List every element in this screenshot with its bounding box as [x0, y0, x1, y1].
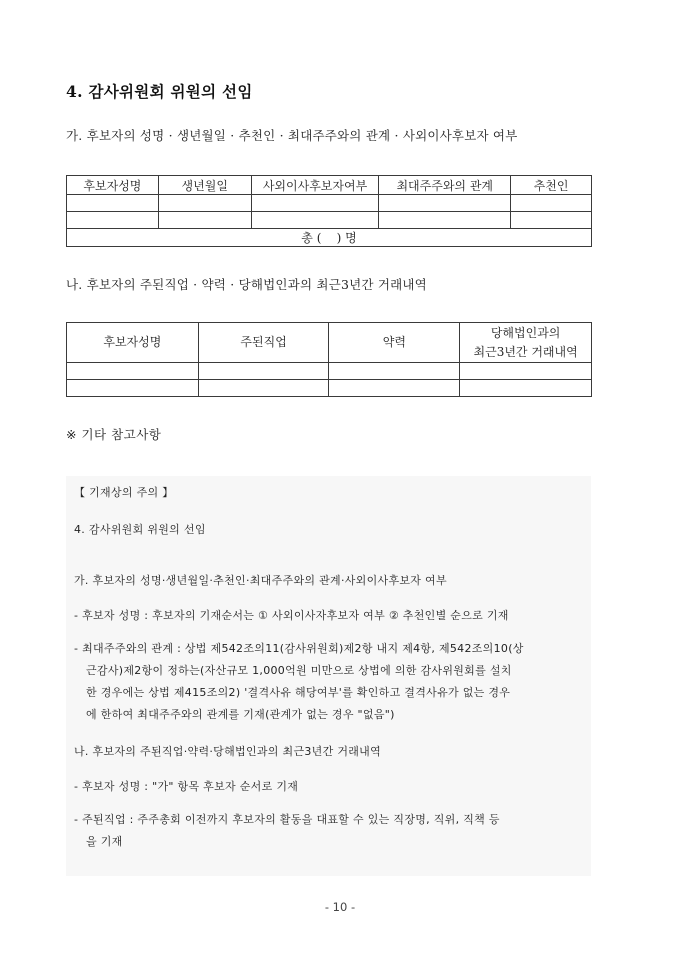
header-recommender: 추천인: [511, 176, 592, 195]
notice-line: 을 기재: [74, 831, 583, 853]
table-cell[interactable]: [198, 380, 329, 397]
table-cell[interactable]: [251, 212, 379, 229]
header-main-occupation: 주된직업: [198, 323, 329, 363]
notice-na-item-occupation: - 주된직업 : 주주총회 이전까지 후보자의 활동을 대표할 수 있는 직장명…: [74, 809, 583, 853]
header-transactions: 당해법인과의 최근3년간 거래내역: [460, 323, 592, 363]
section-title: 4. 감사위원회 위원의 선임: [66, 80, 253, 102]
table-cell[interactable]: [379, 212, 511, 229]
notice-na-item-name: - 후보자 성명 : "가" 항목 후보자 순서로 기재: [74, 778, 298, 794]
total-count-cell: 총 ( ) 명: [67, 229, 592, 247]
table-cell[interactable]: [511, 212, 592, 229]
table-cell[interactable]: [67, 380, 199, 397]
header-career: 약력: [329, 323, 460, 363]
notice-line: 한 경우에는 상법 제415조의2) '결격사유 해당여부'를 확인하고 결격사…: [74, 682, 583, 704]
notice-box: 【 기재상의 주의 】 4. 감사위원회 위원의 선임 가. 후보자의 성명·생…: [66, 476, 591, 876]
table-row: [67, 380, 592, 397]
table-cell[interactable]: [67, 195, 159, 212]
table-cell[interactable]: [460, 380, 592, 397]
notice-na-heading: 나. 후보자의 주된직업·약력·당해법인과의 최근3년간 거래내역: [74, 743, 381, 759]
table-cell[interactable]: [251, 195, 379, 212]
notice-line: - 최대주주와의 관계 : 상법 제542조의11(감사위원회)제2항 내지 제…: [74, 638, 583, 660]
header-birthdate: 생년월일: [158, 176, 251, 195]
candidate-info-table: 후보자성명 생년월일 사외이사후보자여부 최대주주와의 관계 추천인 총 ( )…: [66, 175, 592, 247]
notice-title: 【 기재상의 주의 】: [74, 484, 174, 500]
header-relation-major-shareholder: 최대주주와의 관계: [379, 176, 511, 195]
table-cell[interactable]: [158, 212, 251, 229]
table-cell[interactable]: [329, 363, 460, 380]
table-row: [67, 195, 592, 212]
notice-line: 에 한하여 최대주주와의 관계를 기재(관계가 없는 경우 "없음"): [74, 704, 583, 726]
table-cell[interactable]: [379, 195, 511, 212]
notice-ga-heading: 가. 후보자의 성명·생년월일·추천인·최대주주와의 관계·사외이사후보자 여부: [74, 572, 447, 588]
notice-line: - 주된직업 : 주주총회 이전까지 후보자의 활동을 대표할 수 있는 직장명…: [74, 809, 583, 831]
table-cell[interactable]: [329, 380, 460, 397]
subheading-candidate-info: 가. 후보자의 성명 · 생년월일 · 추천인 · 최대주주와의 관계 · 사외…: [66, 126, 517, 144]
notice-ga-item-name: - 후보자 성명 : 후보자의 기재순서는 ① 사외이사자후보자 여부 ② 추천…: [74, 607, 509, 623]
header-transactions-line1: 당해법인과의: [462, 324, 589, 343]
candidate-career-table: 후보자성명 주된직업 약력 당해법인과의 최근3년간 거래내역: [66, 322, 592, 397]
header-candidate-name: 후보자성명: [67, 323, 199, 363]
notice-ga-item-relation: - 최대주주와의 관계 : 상법 제542조의11(감사위원회)제2항 내지 제…: [74, 638, 583, 726]
table-cell[interactable]: [198, 363, 329, 380]
table-row: [67, 212, 592, 229]
table-row: [67, 363, 592, 380]
header-outside-director: 사외이사후보자여부: [251, 176, 379, 195]
table-cell[interactable]: [511, 195, 592, 212]
subheading-candidate-career: 나. 후보자의 주된직업 · 약력 · 당해법인과의 최근3년간 거래내역: [66, 275, 427, 293]
table-cell[interactable]: [67, 363, 199, 380]
header-transactions-line2: 최근3년간 거래내역: [462, 343, 589, 362]
table-cell[interactable]: [67, 212, 159, 229]
page-number: - 10 -: [0, 900, 680, 914]
table-cell[interactable]: [158, 195, 251, 212]
table-cell[interactable]: [460, 363, 592, 380]
table-header-row: 후보자성명 주된직업 약력 당해법인과의 최근3년간 거래내역: [67, 323, 592, 363]
notice-section: 4. 감사위원회 위원의 선임: [74, 521, 206, 537]
table-total-row: 총 ( ) 명: [67, 229, 592, 247]
header-candidate-name: 후보자성명: [67, 176, 159, 195]
notice-line: 근감사)제2항이 정하는(자산규모 1,000억원 미만으로 상법에 의한 감사…: [74, 660, 583, 682]
table-header-row: 후보자성명 생년월일 사외이사후보자여부 최대주주와의 관계 추천인: [67, 176, 592, 195]
reference-heading: ※ 기타 참고사항: [66, 425, 161, 443]
